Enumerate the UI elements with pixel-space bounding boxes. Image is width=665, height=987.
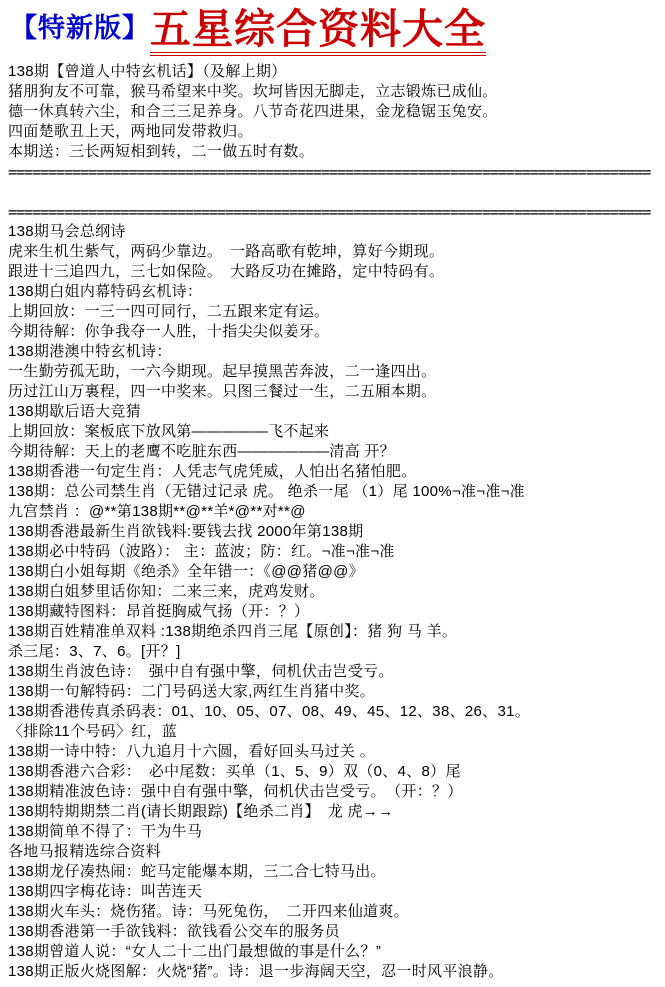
text-line: 杀三尾：3、7、6。[开？] (8, 642, 659, 662)
text-line: 今期待解：天上的老鹰不吃脏东西——————清高 开？ (8, 442, 659, 462)
text-line: 138期生肖波色诗： 强中自有强中擎，伺机伏击岂受亏。 (8, 662, 659, 682)
text-line: 138期白姐梦里话你知：二来三来，虎鸡发财。 (8, 582, 659, 602)
page-header: 【特新版】五星综合资料大全 (10, 6, 659, 58)
text-line: 本期送：三长两短相到转，二一做五时有数。 (8, 142, 659, 162)
text-line: 138期：总公司禁生肖（无错过记录 虎。 绝杀一尾 （1）尾 100%¬准¬准¬… (8, 482, 659, 502)
text-line: 138期香港六合彩： 必中尾数：买单（1、5、9）双（0、4、8）尾 (8, 762, 659, 782)
text-line: 各地马报精选综合资料 (8, 842, 659, 862)
text-line: 历过江山万裏程，四一中奖来。只图三餐过一生，二五厢本期。 (8, 382, 659, 402)
text-line: 138期白姐内幕特码玄机诗： (8, 282, 659, 302)
text-line: 138期【曾道人中特玄机话】（及解上期） (8, 62, 659, 82)
text-line: 138期马会总纲诗 (8, 222, 659, 242)
text-line: 〈排除11个号码〉红，蓝 (8, 722, 659, 742)
separator-line: ========================================… (8, 202, 659, 222)
text-line: 138期正版火烧图解：火烧“猪”。诗：退一步海阔天空，忍一时风平浪静。 (8, 962, 659, 982)
text-line: 138期香港传真杀码表：01、10、05、07、08、49、45、12、38、2… (8, 702, 659, 722)
text-line: 138期百姓精准单双料 :138期绝杀四肖三尾【原创】：猪 狗 马 羊。 (8, 622, 659, 642)
text-line: 138期藏特图料：昂首挺胸威气扬（开：？） (8, 602, 659, 622)
text-line: 138期精准波色诗：强中自有强中擎，伺机伏击岂受亏。 （开：？） (8, 782, 659, 802)
separator-line: ========================================… (8, 162, 659, 182)
text-line: 一生勤劳孤无助，一六今期现。起早摸黑苦奔波，二一逢四出。 (8, 362, 659, 382)
text-line: 138期四字梅花诗：叫苦连天 (8, 882, 659, 902)
text-line: 138期龙仔凑热闹：蛇马定能爆本期，三二合七特马出。 (8, 862, 659, 882)
text-line: 138期香港一句定生肖：人凭志气虎凭威，人怕出名猪怕肥。 (8, 462, 659, 482)
text-line: 九宫禁肖 ：@**第138期**@**羊*@**对**@ (8, 502, 659, 522)
text-line: 上期回放：一三一四可同行，二五跟来定有运。 (8, 302, 659, 322)
text-line: 今期待解：你争我夺一人胜，十指尖尖似姜牙。 (8, 322, 659, 342)
text-line: 猪朋狗友不可靠，猴马希望来中奖。坎坷皆因无脚走，立志锻炼已成仙。 (8, 82, 659, 102)
text-line: 138期港澳中特玄机诗： (8, 342, 659, 362)
edition-badge: 【特新版】 (10, 13, 150, 43)
text-line: 138期香港第一手欲钱料：欲钱看公交车的服务员 (8, 922, 659, 942)
text-line: 德一休真转六尘，和合三三足养身。八节奇花四进果，金龙稳锯玉兔安。 (8, 102, 659, 122)
blank-line (8, 182, 659, 202)
page: 【特新版】五星综合资料大全 138期【曾道人中特玄机话】（及解上期）猪朋狗友不可… (0, 0, 665, 982)
text-line: 138期特期期禁二肖(请长期跟踪)【绝杀二肖】 龙 虎→→ (8, 802, 659, 822)
text-line: 138期简单不得了：干为牛马 (8, 822, 659, 842)
content-lines: 138期【曾道人中特玄机话】（及解上期）猪朋狗友不可靠，猴马希望来中奖。坎坷皆因… (8, 62, 659, 982)
text-line: 138期香港最新生肖欲钱料:要钱去找 2000年第138期 (8, 522, 659, 542)
text-line: 138期歇后语大竞猜 (8, 402, 659, 422)
text-line: 138期必中特码（波路）： 主：蓝波；防：红。¬准¬准¬准 (8, 542, 659, 562)
text-line: 138期一句解特码：二门号码送大家,两红生肖猪中奖。 (8, 682, 659, 702)
page-title: 五星综合资料大全 (150, 8, 486, 56)
text-line: 138期白小姐每期《绝杀》全年错一：《@@猪@@》 (8, 562, 659, 582)
text-line: 上期回放：案板底下放风第—————飞不起来 (8, 422, 659, 442)
text-line: 四面楚歌丑上天，两地同发带救归。 (8, 122, 659, 142)
text-line: 138期一诗中特：八九追月十六圆，看好回头马过关 。 (8, 742, 659, 762)
text-line: 138期火车头：烧伤猪。诗：马死兔伤， 二开四来仙道爽。 (8, 902, 659, 922)
text-line: 虎来生机生紫气，两码少靠边。 一路高歌有乾坤，算好今期现。 (8, 242, 659, 262)
text-line: 跟进十三追四九，三七如保险。 大路反功在摊路，定中特码有。 (8, 262, 659, 282)
text-line: 138期曾道人说：“女人二十二出门最想做的事是什么？” (8, 942, 659, 962)
